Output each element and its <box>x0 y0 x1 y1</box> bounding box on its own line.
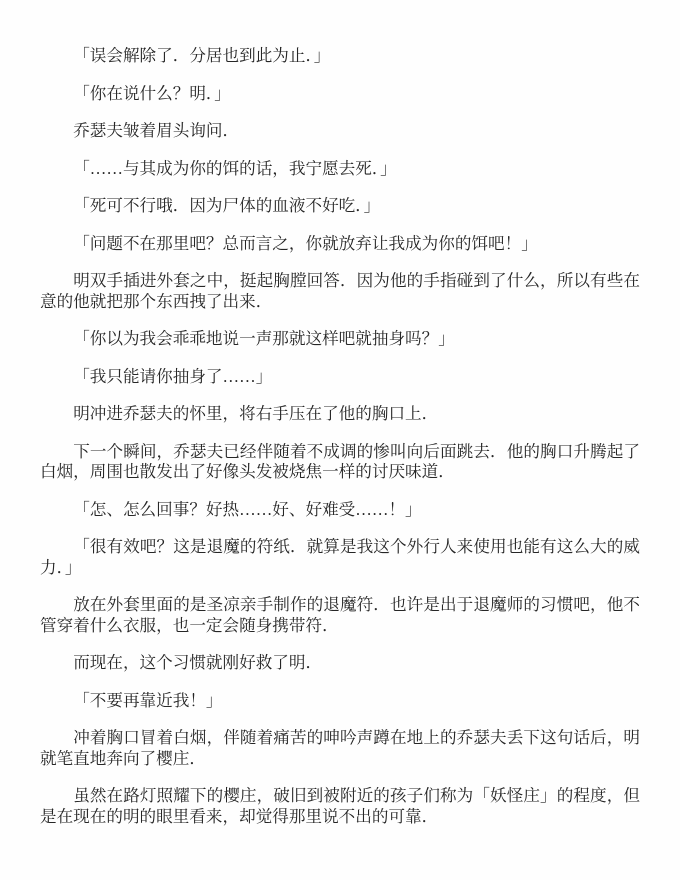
narration-paragraph: 而现在，这个习惯就刚好救了明． <box>40 653 640 674</box>
dialogue-paragraph: 「死可不行哦．因为尸体的血液不好吃．」 <box>40 196 640 217</box>
narration-paragraph: 下一个瞬间，乔瑟夫已经伴随着不成调的惨叫向后面跳去．他的胸口升腾起了白烟，周围也… <box>40 442 640 483</box>
dialogue-paragraph: 「怎、怎么回事？好热……好、好难受……！」 <box>40 500 640 521</box>
dialogue-paragraph: 「……与其成为你的饵的话，我宁愿去死．」 <box>40 159 640 180</box>
dialogue-paragraph: 「你以为我会乖乖地说一声那就这样吧就抽身吗？」 <box>40 329 640 350</box>
narration-paragraph: 明冲进乔瑟夫的怀里，将右手压在了他的胸口上． <box>40 404 640 425</box>
narration-paragraph: 乔瑟夫皱着眉头询问． <box>40 121 640 142</box>
novel-text-page: 「误会解除了．分居也到此为止．」 「你在说什么？明．」 乔瑟夫皱着眉头询问． 「… <box>0 0 680 880</box>
dialogue-paragraph: 「问题不在那里吧？总而言之，你就放弃让我成为你的饵吧！」 <box>40 234 640 255</box>
dialogue-paragraph: 「你在说什么？明．」 <box>40 84 640 105</box>
dialogue-paragraph: 「我只能请你抽身了……」 <box>40 367 640 388</box>
dialogue-paragraph: 「很有效吧？这是退魔的符纸．就算是我这个外行人来使用也能有这么大的威力．」 <box>40 537 640 578</box>
narration-paragraph: 虽然在路灯照耀下的樱庄，破旧到被附近的孩子们称为「妖怪庄」的程度，但是在现在的明… <box>40 786 640 827</box>
narration-paragraph: 放在外套里面的是圣凉亲手制作的退魔符．也许是出于退魔师的习惯吧，他不管穿着什么衣… <box>40 595 640 636</box>
narration-paragraph: 冲着胸口冒着白烟，伴随着痛苦的呻吟声蹲在地上的乔瑟夫丢下这句话后，明就笔直地奔向… <box>40 728 640 769</box>
dialogue-paragraph: 「不要再靠近我！」 <box>40 691 640 712</box>
narration-paragraph: 明双手插进外套之中，挺起胸膛回答．因为他的手指碰到了什么，所以有些在意的他就把那… <box>40 271 640 312</box>
dialogue-paragraph: 「误会解除了．分居也到此为止．」 <box>40 46 640 67</box>
